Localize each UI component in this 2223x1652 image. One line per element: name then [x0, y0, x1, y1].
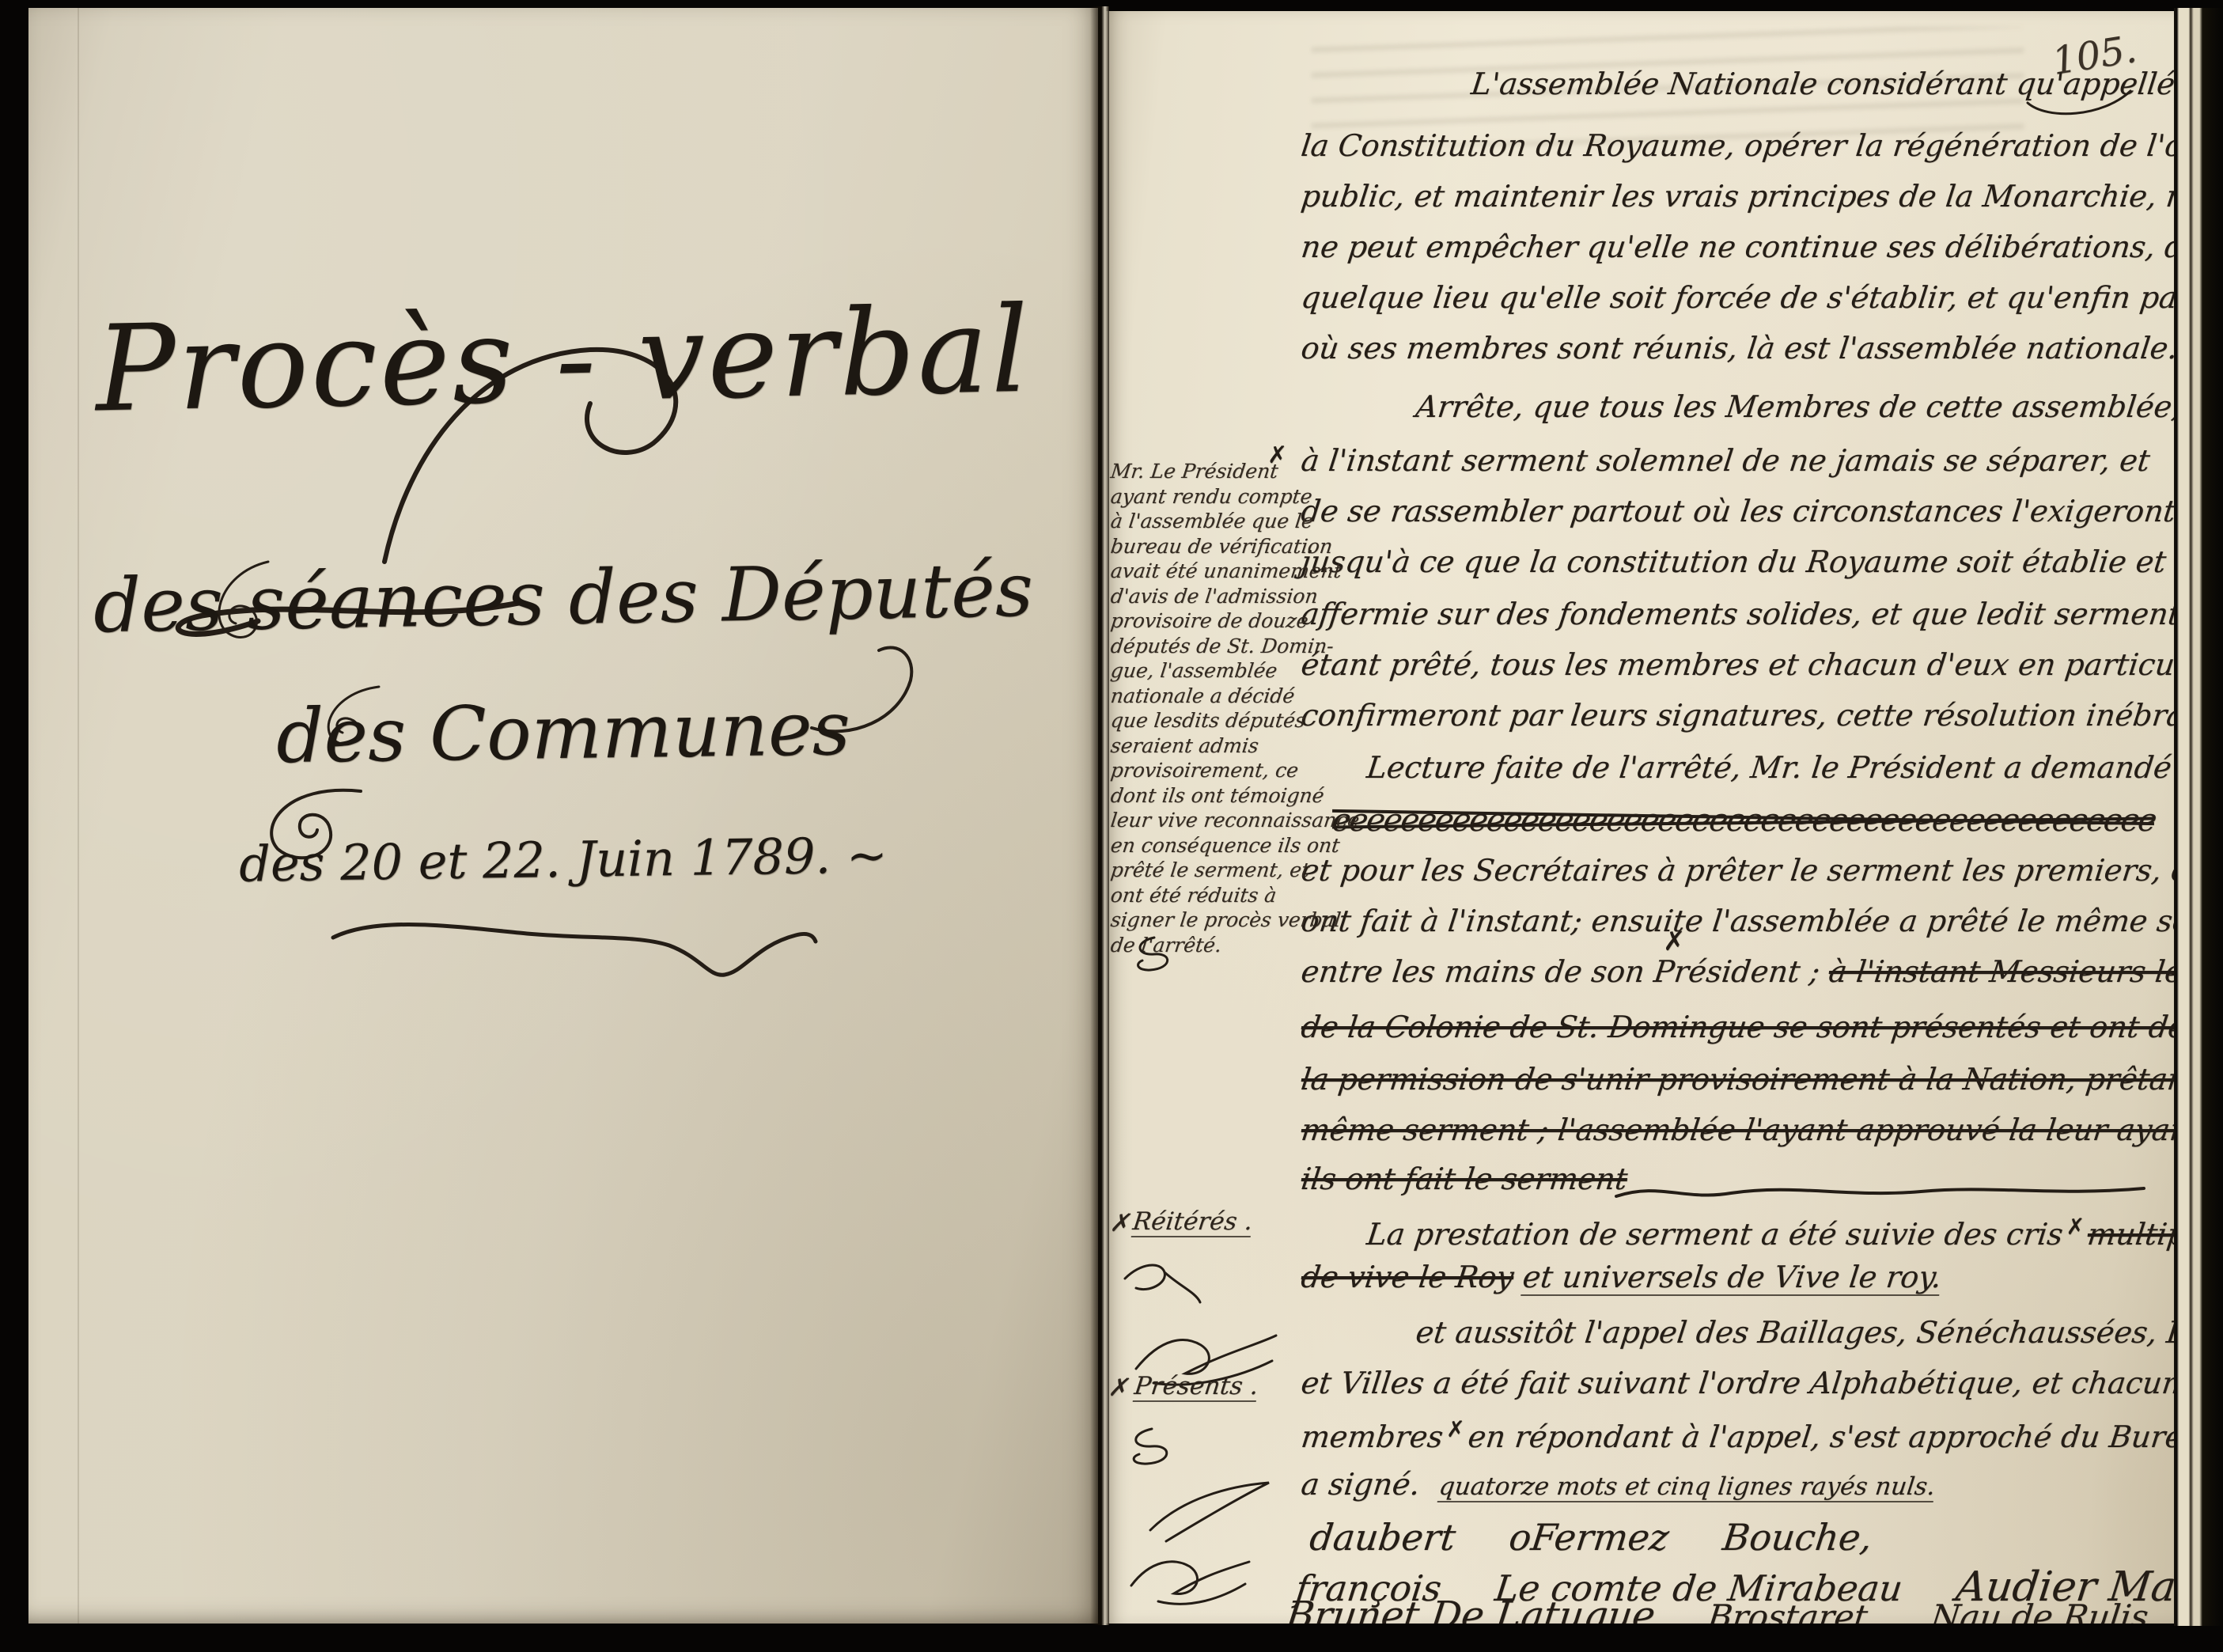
margin-note-line: provisoirement, ce	[1111, 758, 1301, 783]
margin-note-line: gue, l'assemblée	[1111, 658, 1301, 684]
manuscript-line-partly-struck: La prestation de serment a été suivie de…	[1367, 1214, 2174, 1252]
struck-line: même serment ; l'assemblée l'ayant appro…	[1301, 1112, 2174, 1147]
manuscript-line: quelque lieu qu'elle soit forcée de s'ét…	[1301, 280, 2174, 315]
manuscript-line: et pour les Secrétaires à prêter le serm…	[1301, 853, 2174, 888]
margin-note-line: bureau de vérification	[1111, 534, 1301, 559]
signature: Nau de Rulis	[1929, 1597, 2150, 1624]
margin-paraph	[1127, 1546, 1253, 1617]
margin-note-line: dont ils ont témoigné	[1111, 783, 1301, 809]
signature: Brunet De Latuque	[1284, 1593, 1658, 1624]
margin-note-line: députés de St. Domin-	[1111, 634, 1301, 659]
signature: oFermez	[1507, 1516, 1672, 1559]
manuscript-line: membres✗en répondant à l'appel, s'est ap…	[1301, 1416, 2174, 1454]
signature: daubert	[1308, 1516, 1458, 1559]
margin-note-admission-saint-domingue: Mr. Le Président ayant rendu compte à l'…	[1111, 459, 1301, 957]
margin-note-line: avait été unanimement	[1111, 559, 1301, 584]
margin-note-line: prêté le serment, et	[1111, 858, 1301, 883]
void-fill-wavy-line	[1612, 1174, 2150, 1206]
manuscript-photo: Procès - verbal des séances des Députés …	[0, 0, 2223, 1652]
page-stack-fore-edge	[2174, 8, 2223, 1626]
margin-note-line: que lesdits députés	[1111, 708, 1301, 733]
margin-note-line: seraient admis	[1111, 733, 1301, 759]
signature-row: daubert oFermez Bouche,	[1310, 1516, 1915, 1559]
manuscript-line: a signé. quatorze mots et cinq lignes ra…	[1301, 1467, 1935, 1502]
marginal-certification: quatorze mots et cinq lignes rayés nuls.	[1437, 1472, 1937, 1502]
margin-mark-x: ✗	[1109, 1209, 1130, 1237]
struck-line: ils ont fait le serment	[1301, 1161, 1627, 1196]
manuscript-line: de se rassembler partout où les circonst…	[1301, 494, 2174, 529]
manuscript-line: L'assemblée Nationale considérant qu'app…	[1471, 66, 2174, 101]
insertion-caret-mark: ✗	[1443, 1416, 1468, 1442]
margin-note-line: en conséquence ils ont	[1111, 833, 1301, 858]
margin-mark-reiteres: Réitérés .	[1133, 1207, 1252, 1237]
title-des-communes: des Communes	[28, 683, 1098, 784]
manuscript-line: et Villes a été fait suivant l'ordre Alp…	[1301, 1366, 2174, 1400]
margin-note-line: ayant rendu compte	[1111, 484, 1301, 510]
manuscript-line: public, et maintenir les vrais principes…	[1301, 179, 2174, 214]
margin-note-line: à l'assemblée que le	[1111, 509, 1301, 534]
closing-brace-ornament	[329, 902, 820, 989]
manuscript-line: confirmeront par leurs signatures, cette…	[1301, 698, 2174, 733]
manuscript-line: à l'instant serment solemnel de ne jamai…	[1301, 443, 2149, 478]
title-procès-verbal: Procès - verbal	[28, 280, 1098, 440]
signature-row: Brunet De Latuque Brostaret, Nau de Ruli…	[1286, 1593, 2174, 1624]
manuscript-line: étant prêté, tous les membres et chacun …	[1301, 647, 2174, 682]
manuscript-line: Arrête, que tous les Membres de cette as…	[1416, 389, 2174, 424]
struck-line: la permission de s'unir provisoirement à…	[1301, 1062, 2174, 1097]
manuscript-line: et aussitôt l'appel des Baillages, Sénéc…	[1416, 1315, 2174, 1350]
manuscript-line: la Constitution du Royaume, opérer la ré…	[1301, 128, 2174, 163]
margin-paraph	[1117, 1255, 1204, 1310]
title-des-seances: des séances des Députés	[28, 546, 1098, 651]
margin-note-line: d'avis de l'admission	[1111, 584, 1301, 609]
margin-note-line: nationale a décidé	[1111, 684, 1301, 709]
left-page: Procès - verbal des séances des Députés …	[28, 8, 1098, 1624]
margin-mark-presents: Présents .	[1134, 1372, 1258, 1402]
manuscript-line: Lecture faite de l'arrêté, Mr. le Présid…	[1367, 750, 2174, 785]
manuscript-line-partly-struck: de vive le Roy et universels de Vive le …	[1301, 1260, 1941, 1296]
margin-note-line: leur vive reconnaissance	[1111, 808, 1301, 833]
book-gutter	[1090, 6, 1109, 1625]
manuscript-line: ont fait à l'instant; ensuite l'assemblé…	[1301, 904, 2174, 938]
manuscript-line: jusqu'à ce que la constitution du Royaum…	[1301, 544, 2166, 579]
insertion-caret-mark: ✗	[2063, 1214, 2089, 1240]
right-page: 105. L'assemblée Nationale considérant q…	[1106, 11, 2174, 1624]
title-date-line: des 20 et 22. Juin 1789. ~	[28, 824, 1098, 896]
insertion-caret-mark: ✗	[1660, 926, 1689, 957]
manuscript-line: où ses membres sont réunis, là est l'ass…	[1301, 331, 2174, 366]
margin-note-line: provisoire de douze	[1111, 608, 1301, 634]
margin-note-line: ont été réduits à	[1111, 883, 1301, 908]
margin-paraph	[1127, 934, 1182, 981]
scribbled-out-line: eeeeeeeeeeeeeeeeeeeeeeeeeeeeeeeeeeeeeeee…	[1332, 802, 2171, 839]
margin-mark-x: ✗	[1108, 1374, 1128, 1402]
manuscript-line: ne peut empêcher qu'elle ne continue ses…	[1301, 229, 2174, 264]
manuscript-line-partly-struck: entre les mains de son Président ; à l'i…	[1301, 954, 2174, 989]
margin-paraph	[1142, 1475, 1277, 1546]
margin-note-line: Mr. Le Président	[1111, 459, 1301, 484]
struck-line: de la Colonie de St. Domingue se sont pr…	[1301, 1010, 2174, 1044]
signature: Bouche,	[1721, 1516, 1875, 1559]
margin-paraph	[1120, 1424, 1183, 1480]
manuscript-line: affermie sur des fondements solides, et …	[1301, 597, 2174, 631]
signature: Brostaret,	[1706, 1597, 1880, 1624]
margin-note-line: signer le procès verbal	[1111, 907, 1301, 933]
